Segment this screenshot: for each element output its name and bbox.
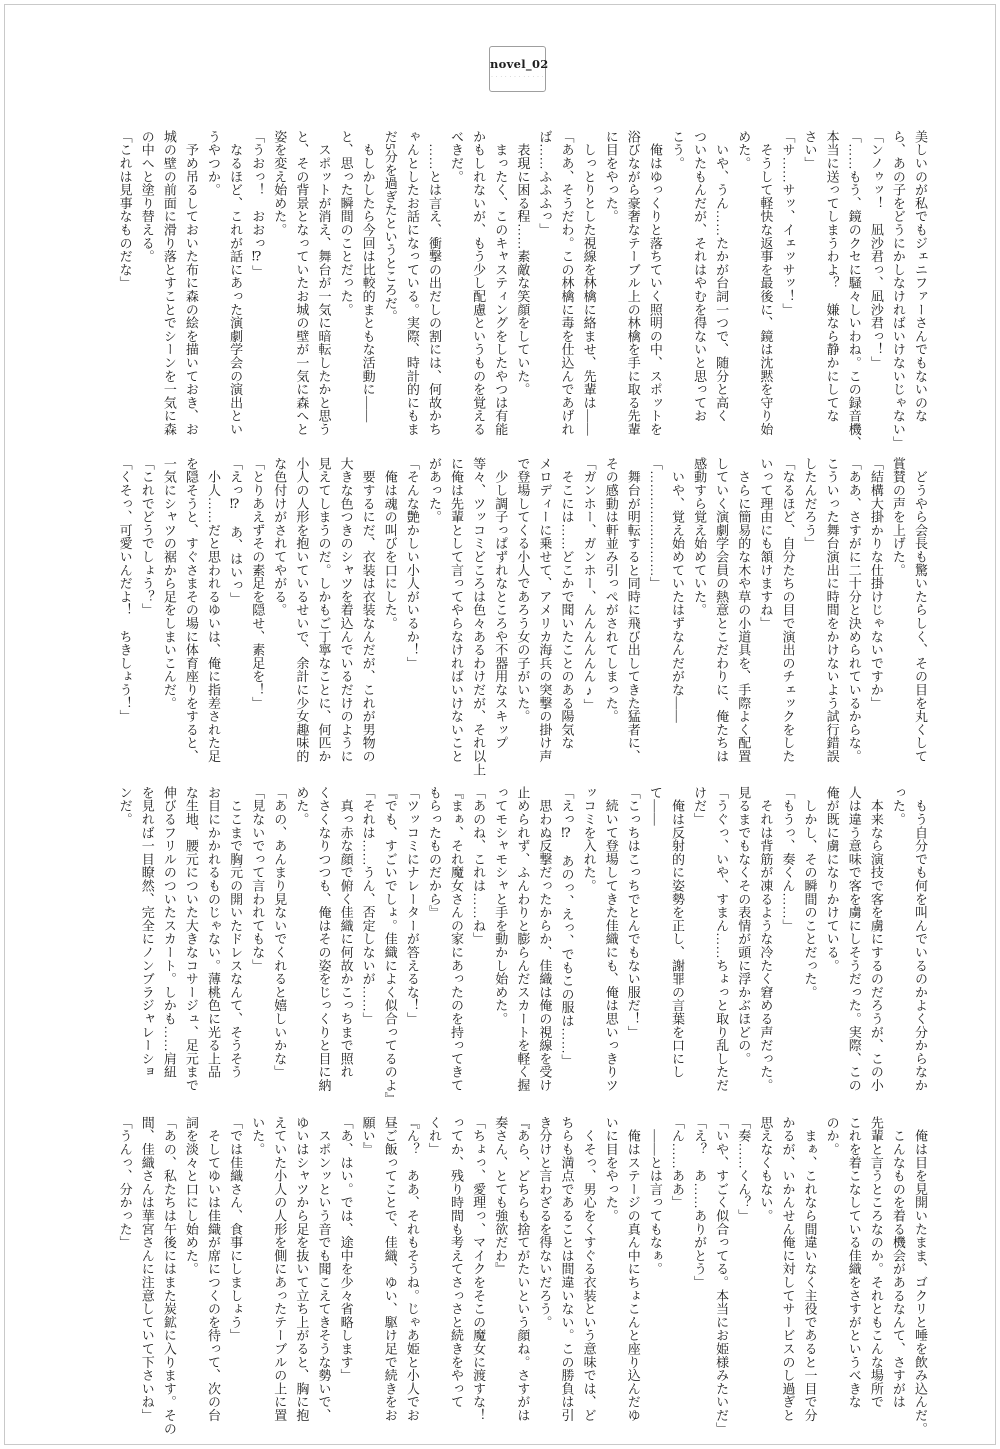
text-column: 「あ、はい。では、途中を少々省略します」 xyxy=(334,1116,356,1442)
text-column: 「くそっ、可愛いんだよ！ ちきしょう！」 xyxy=(114,457,136,783)
text-column: くさくなりつつも、俺はその姿をじっくりと目に納 xyxy=(312,786,334,1112)
chapter-caption: ・・・・・・・・・・・・ xyxy=(490,75,545,79)
text-column: いや、うん……たかが台詞一つで、随分と高く xyxy=(710,130,732,456)
text-column: 「あの、あんまり見ないでくれると嬉しいかな」 xyxy=(268,786,290,1112)
text-column: 「ちょっ、愛理っ、マイクをそこの魔女に渡すな！ xyxy=(467,1116,489,1442)
text-column: 真っ赤な顔で俯く佳織に何故かこっちまで照れ xyxy=(334,786,356,1112)
text-column: 「ツッコミにナレーターが答えるな！」 xyxy=(401,786,423,1112)
text-column: 「ああ、さすがに二十分と決められているからな。 xyxy=(843,457,865,783)
text-column: かもしれないが、もう少し配慮というものを覚える xyxy=(467,130,489,456)
text-column: ッコミを入れた。 xyxy=(578,786,600,1112)
text-column: で登場してくる小人であろう女の子がいた。 xyxy=(511,457,533,783)
text-column: さらに簡易的な木や草の小道具を、手際よく配置 xyxy=(732,457,754,783)
text-column: ちらも満点であることは間違いない。この勝負は引 xyxy=(555,1116,577,1442)
text-column: 「結構大掛かりな仕掛けじゃないですか」 xyxy=(865,457,887,783)
text-column: くれ」 xyxy=(423,1116,445,1442)
text-column: べきだ。 xyxy=(445,130,467,456)
text-column: 「そんな艶かしい小人がいるか！」 xyxy=(401,457,423,783)
text-column: 本来なら演技で客を虜にするのだろうが、この小 xyxy=(865,786,887,1112)
text-column: 「うおっ！ おおっ⁉」 xyxy=(246,130,268,456)
text-column: 「えっ⁉ あ、はいっ」 xyxy=(224,457,246,783)
text-column: 浴びながら豪奢なテーブル上の林檎を手に取る先輩 xyxy=(622,130,644,456)
text-band-1: 美しいのが私でもジェニファーさんでもないのなら、あの子をどうにかしなければいけな… xyxy=(110,130,931,456)
text-column: かるが、いかんせん俺に対してサービスのし過ぎと xyxy=(776,1116,798,1442)
text-column: それは背筋が凍るような冷たく窘める声だった。 xyxy=(754,786,776,1112)
text-column: ――とは言ってもなぁ。 xyxy=(644,1116,666,1442)
text-column: ゃんとしたお話になっている。実際、時計的にもま xyxy=(401,130,423,456)
text-column: て―― xyxy=(644,786,666,1112)
text-column: ってか、残り時間も考えてさっさと続きをやって xyxy=(445,1116,467,1442)
text-column: 「……………………」 xyxy=(644,457,666,783)
text-column: に目をやった。 xyxy=(600,130,622,456)
text-column: 伸びるフリルのついたスカート。しかも……肩紐 xyxy=(158,786,180,1112)
text-column: 「ンノゥッ！ 凪沙君っ、凪沙君っ！」 xyxy=(865,130,887,456)
text-column: えていた小人の人形を側にあったテーブルの上に置 xyxy=(268,1116,290,1442)
text-column: 止められず、ふんわりと膨らんだスカートを軽く握 xyxy=(511,786,533,1112)
text-band-2: どうやら会長も驚いたらしく、その目を丸くして賞賛の声を上げた。「結構大掛かりな仕… xyxy=(110,457,931,783)
text-column: そうして軽快な返事を最後に、鏡は沈黙を守り始 xyxy=(754,130,776,456)
text-column: 「では佳織さん、食事にしましょう」 xyxy=(224,1116,246,1442)
text-column: めた。 xyxy=(732,130,754,456)
text-column: 要するにだ、衣装は衣装なんだが、これが男物の xyxy=(357,457,379,783)
text-column: ば……ふふふっ」 xyxy=(533,130,555,456)
text-column: くそっ、男心をくすぐる衣装という意味では、ど xyxy=(578,1116,600,1442)
text-column: 俺は反射的に姿勢を正し、謝罪の言葉を口にし xyxy=(666,786,688,1112)
text-column: 一気にシャツの裾から足をしまいこんだ。 xyxy=(158,457,180,783)
text-band-4: 俺は目を見開いたまま、ゴクリと唾を飲み込んだ。 こんなものを着る機会があるなんて… xyxy=(110,1116,931,1442)
text-column: お目にかかれるものじゃない。薄桃色に光る上品 xyxy=(202,786,224,1112)
text-column: 見えてしまうのだ。しかもご丁寧なことに、何匹か xyxy=(312,457,334,783)
text-column: ゆいはシャツから足を抜いて立ち上がると、胸に抱 xyxy=(290,1116,312,1442)
text-column: 少し調子っぱずれなところや不器用なスキップ xyxy=(489,457,511,783)
text-column: 『あら、どちらも捨てがたいという顔ね。さすがは xyxy=(511,1116,533,1442)
text-column: スポットが消え、舞台が一気に暗転したかと思う xyxy=(312,130,334,456)
text-column: 美しいのが私でもジェニファーさんでもないのな xyxy=(909,130,931,456)
text-column: 人は違う意味で客を虜にしそうだった。実際、この xyxy=(843,786,865,1112)
text-column: ってモシャモシャと手を動かし始めた。 xyxy=(489,786,511,1112)
text-column: いや、覚え始めていたはずなんだがな―― xyxy=(666,457,688,783)
text-column: 「サ……サッ、イェッサッ！」 xyxy=(776,130,798,456)
text-column: 「これでどうでしょう？」 xyxy=(136,457,158,783)
text-column: ここまで胸元の開いたドレスなんて、そうそう xyxy=(224,786,246,1112)
text-column: これを着こなしている佳織をさすがというべきな xyxy=(843,1116,865,1442)
text-column: 「これは見事なものだな」 xyxy=(114,130,136,456)
text-column: 「ん……ああ」 xyxy=(666,1116,688,1442)
text-column: 等々、ツッコミどころは色々あるわけだが、それ以上 xyxy=(467,457,489,783)
text-column: ……とは言え、衝撃の出だしの割には、何故かち xyxy=(423,130,445,456)
text-column: 感動すら覚え始めていた。 xyxy=(688,457,710,783)
text-column: 「なるほど、自分たちの目で演出のチェックをした xyxy=(776,457,798,783)
text-column: 姿を変え始めた。 xyxy=(268,130,290,456)
text-column: を見れば一目瞭然、完全にノンブラジャレーショ xyxy=(136,786,158,1112)
text-column: 「ガンホー、ガンホー、んんんんんん♪」 xyxy=(578,457,600,783)
text-column: したんだろう」 xyxy=(798,457,820,783)
text-column: そしてゆいは佳織が席につくのを待って、次の台 xyxy=(202,1116,224,1442)
text-column: 詞を淡々と口にし始めた。 xyxy=(180,1116,202,1442)
text-column: を隠そうと、すぐさまその場に体育座りをすると、 xyxy=(180,457,202,783)
text-column: 「いや、すごく似合ってる。本当にお姫様みたいだ」 xyxy=(710,1116,732,1442)
text-column: スポンッという音でも聞こえてきそうな勢いで、 xyxy=(312,1116,334,1442)
text-column: 続いて登場してきた佳織にも、俺は思いっきりツ xyxy=(600,786,622,1112)
text-column: 俺はゆっくりと落ちていく照明の中、スポットを xyxy=(644,130,666,456)
text-column: もしかしたら今回は比較的まともな活動に―― xyxy=(357,130,379,456)
text-column: 「それは……うん、否定しないが……」 xyxy=(357,786,379,1112)
text-column: 賞賛の声を上げた。 xyxy=(887,457,909,783)
text-column: 俺は目を見開いたまま、ゴクリと唾を飲み込んだ。 xyxy=(909,1116,931,1442)
text-column: 「え？ あ……ありがとう」 xyxy=(688,1116,710,1442)
text-column: に俺は先輩として言ってやらなければいけないこと xyxy=(445,457,467,783)
text-column: 表現に困る程……素敵な笑顔をしていた。 xyxy=(511,130,533,456)
text-column: 俺はステージの真ん中にちょこんと座り込んだゆ xyxy=(622,1116,644,1442)
text-column: 「もうっ、奏くん……」 xyxy=(776,786,798,1112)
text-column: 「……もう、鏡のクセに騒々しいわね。この録音機、 xyxy=(843,130,865,456)
text-column: 舞台が明転すると同時に飛び出してきた猛者に、 xyxy=(622,457,644,783)
text-column: しかし、その瞬間のことだった。 xyxy=(798,786,820,1112)
text-column: があった。 xyxy=(423,457,445,783)
text-band-3: もう自分でも何を叫んでいるのかよく分からなかった。 本来なら演技で客を虜にするの… xyxy=(110,786,931,1112)
text-column: 思えなくもない。 xyxy=(754,1116,776,1442)
text-column: 「うんっ、分かった」 xyxy=(114,1116,136,1442)
text-column: 「あの、私たちは午後にはまた炭鉱に入ります。その xyxy=(158,1116,180,1442)
text-column: き分けと言わざるを得ないだろう。 xyxy=(533,1116,555,1442)
text-column: こう。 xyxy=(666,130,688,456)
text-column: 予め吊るしておいた布に森の絵を描いておき、お xyxy=(180,130,202,456)
text-column: 「えっ⁉ あのっ、えっ、でもこの服は……」 xyxy=(555,786,577,1112)
chapter-header-box: novel_02 ・・・・・・・・・・・・ xyxy=(489,46,546,92)
text-column: 「奏……くん？」 xyxy=(732,1116,754,1442)
text-column: と、その背景となっていたお城の壁が一気に森へと xyxy=(290,130,312,456)
text-column: うやつか。 xyxy=(202,130,224,456)
text-column: と、思った瞬間のことだった。 xyxy=(334,130,356,456)
text-column: 間、佳織さんは華宮さんに注意していて下さいね」 xyxy=(136,1116,158,1442)
text-column: こんなものを着る機会があるなんて、さすがは xyxy=(887,1116,909,1442)
text-column: メロディーに乗せて、アメリカ海兵の突撃の掛け声 xyxy=(533,457,555,783)
text-column: けだ」 xyxy=(688,786,710,1112)
text-column: 城の壁の前面に滑り落とすことでシーンを一気に森 xyxy=(158,130,180,456)
text-column: いって理由にも頷けますね」 xyxy=(754,457,776,783)
text-column: 大きな色つきのシャツを着込んでいるだけのように xyxy=(334,457,356,783)
text-column: 奏さん、とても強欲だわ』 xyxy=(489,1116,511,1442)
text-column: ついたもんだが、それはやむを得ないと思ってお xyxy=(688,130,710,456)
text-column: まったく、このキャスティングをしたやつは有能 xyxy=(489,130,511,456)
text-column: ンだ。 xyxy=(114,786,136,1112)
text-column: った。 xyxy=(887,786,909,1112)
text-column: もう自分でも何を叫んでいるのかよく分からなか xyxy=(909,786,931,1112)
text-column: 俺が既に虜になりかけている。 xyxy=(821,786,843,1112)
text-column: 「うぐっ、いや、すまん……ちょっと取り乱しただ xyxy=(710,786,732,1112)
text-column: なるほど、これが話にあった演劇学会の演出とい xyxy=(224,130,246,456)
text-column: ら、あの子をどうにかしなければいけないじゃない」 xyxy=(887,130,909,456)
text-column: 小人の人形を抱いているせいで、余計に少女趣味的 xyxy=(290,457,312,783)
text-column: 「こっちはこっちでとんでもない服だ！」 xyxy=(622,786,644,1112)
text-column: 見るまでもなくその表情が頭に浮かぶほどの。 xyxy=(732,786,754,1112)
text-column: 「とりあえずその素足を隠せ、素足を！」 xyxy=(246,457,268,783)
text-column: どうやら会長も驚いたらしく、その目を丸くして xyxy=(909,457,931,783)
text-column: めた。 xyxy=(290,786,312,1112)
text-column: の中へと塗り替える。 xyxy=(136,130,158,456)
text-column: もらったものだから』 xyxy=(423,786,445,1112)
text-column: いた。 xyxy=(246,1116,268,1442)
text-column: のか。 xyxy=(821,1116,843,1442)
text-column: な色付けがされてやがる。 xyxy=(268,457,290,783)
text-column: 『まぁ、それ魔女さんの家にあったのを持ってきて xyxy=(445,786,467,1112)
text-column: その感動は軒並み引っぺがされてしまった。 xyxy=(600,457,622,783)
text-column: 「見ないでって言われてもな」 xyxy=(246,786,268,1112)
text-column: 「あのね、これは……ね」 xyxy=(467,786,489,1112)
text-column: していく演劇学会員の熱意とこだわりに、俺たちは xyxy=(710,457,732,783)
text-column: まぁ、これなら間違いなく主役であると一目で分 xyxy=(798,1116,820,1442)
text-column: な生地、腰元についた大きなコサージュ、足元まで xyxy=(180,786,202,1112)
text-column: だ5分を過ぎたというところだ。 xyxy=(379,130,401,456)
text-column: 昼ご飯ってことで、佳織、ゆい、駆け足で続きをお xyxy=(379,1116,401,1442)
text-column: 『でも、すごいでしょ。佳織によく似合ってるのよ』 xyxy=(379,786,401,1112)
text-column: 『ん？ ああ、それもそうね。じゃあ姫と小人でお xyxy=(401,1116,423,1442)
text-column: 願い』 xyxy=(357,1116,379,1442)
text-column: そこには……どこかで聞いたことのある陽気な xyxy=(555,457,577,783)
text-column: さい」 xyxy=(798,130,820,456)
text-column: いに目をやった。 xyxy=(600,1116,622,1442)
text-column: 思わぬ反撃だったからか、佳織は俺の視線を受け xyxy=(533,786,555,1112)
text-column: 本当に送ってしまうわよ？ 嫌なら静かにしてな xyxy=(821,130,843,456)
text-column: 小人……だと思われるゆいは、俺に指差された足 xyxy=(202,457,224,783)
text-column: こういった舞台演出に時間をかけないよう試行錯誤 xyxy=(821,457,843,783)
text-column: 俺は魂の叫びを口にした。 xyxy=(379,457,401,783)
text-column: しっとりとした視線を林檎に絡ませ、先輩は―― xyxy=(578,130,600,456)
text-column: 「ああ、そうだわ。この林檎に毒を仕込んであげれ xyxy=(555,130,577,456)
chapter-title: novel_02 xyxy=(490,57,545,71)
text-column: 先輩と言うところなのか。それともこんな場所で xyxy=(865,1116,887,1442)
